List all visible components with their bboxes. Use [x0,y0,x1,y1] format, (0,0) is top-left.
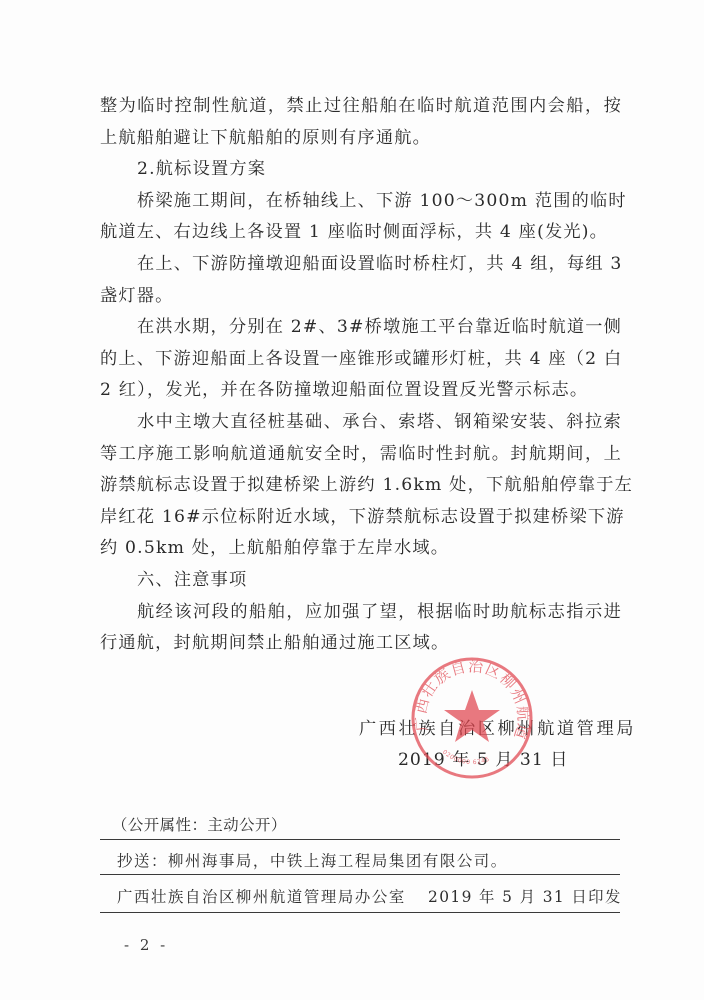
paragraph-line: 桥梁施工期间，在桥轴线上、下游 100～300m 范围的临时 [100,186,622,218]
paragraph-line: 行通航，封航期间禁止船舶通过施工区域。 [100,628,622,660]
paragraph-line: 等工序施工影响航道通航安全时，需临时性封航。封航期间，上 [100,439,622,471]
paragraph-line: 整为临时控制性航道，禁止过往船舶在临时航道范围内会船，按 [100,91,622,123]
signature-date: 2019 年 5 月 31 日 [398,745,568,770]
divider-bottom [100,912,620,913]
paragraph-line: 岸红花 16#示位标附近水域，下游禁航标志设置于拟建桥梁下游 [100,502,622,534]
issuing-office: 广西壮族自治区柳州航道管理局办公室 [117,885,406,907]
paragraph-line: 的上、下游迎船面上各设置一座锥形或罐形灯桩，共 4 座（2 白 [100,344,622,376]
divider-middle [100,874,620,875]
disclosure-attribute: （公开属性：主动公开） [112,813,287,835]
paragraph-line: 航经该河段的船舶，应加强了望，根据临时助航标志指示进 [100,597,622,629]
paragraph-line: 2.航标设置方案 [100,154,622,186]
paragraph-line: 游禁航标志设置于拟建桥梁上游约 1.6km 处，下航船舶停靠于左 [100,470,622,502]
paragraph-line: 在上、下游防撞墩迎船面设置临时桥柱灯，共 4 组，每组 3 [100,249,622,281]
document-page: 整为临时控制性航道，禁止过往船舶在临时航道范围内会船，按上航船舶避让下航船舶的原… [0,0,704,1000]
paragraph-line: 六、注意事项 [100,565,622,597]
cc-recipients: 抄送：柳州海事局，中铁上海工程局集团有限公司。 [117,849,508,871]
paragraph-line: 在洪水期，分别在 2#、3#桥墩施工平台靠近临时航道一侧 [100,312,622,344]
paragraph-line: 水中主墩大直径桩基础、承台、索塔、钢箱梁安装、斜拉索 [100,407,622,439]
paragraph-line: 上航船舶避让下航船舶的原则有序通航。 [100,123,622,155]
page-number: - 2 - [124,936,168,954]
paragraph-line: 航道左、右边线上各设置 1 座临时侧面浮标，共 4 座(发光)。 [100,217,622,249]
signature-organization: 广西壮族自治区柳州航道管理局 [359,714,636,739]
issue-date: 2019 年 5 月 31 日印发 [428,885,622,907]
paragraph-line: 2 红），发光，并在各防撞墩迎船面位置设置反光警示标志。 [100,375,622,407]
body-text: 整为临时控制性航道，禁止过往船舶在临时航道范围内会船，按上航船舶避让下航船舶的原… [100,91,622,660]
paragraph-line: 约 0.5km 处，上航船舶停靠于左岸水域。 [100,533,622,565]
divider-top [100,839,620,840]
paragraph-line: 盏灯器。 [100,281,622,313]
